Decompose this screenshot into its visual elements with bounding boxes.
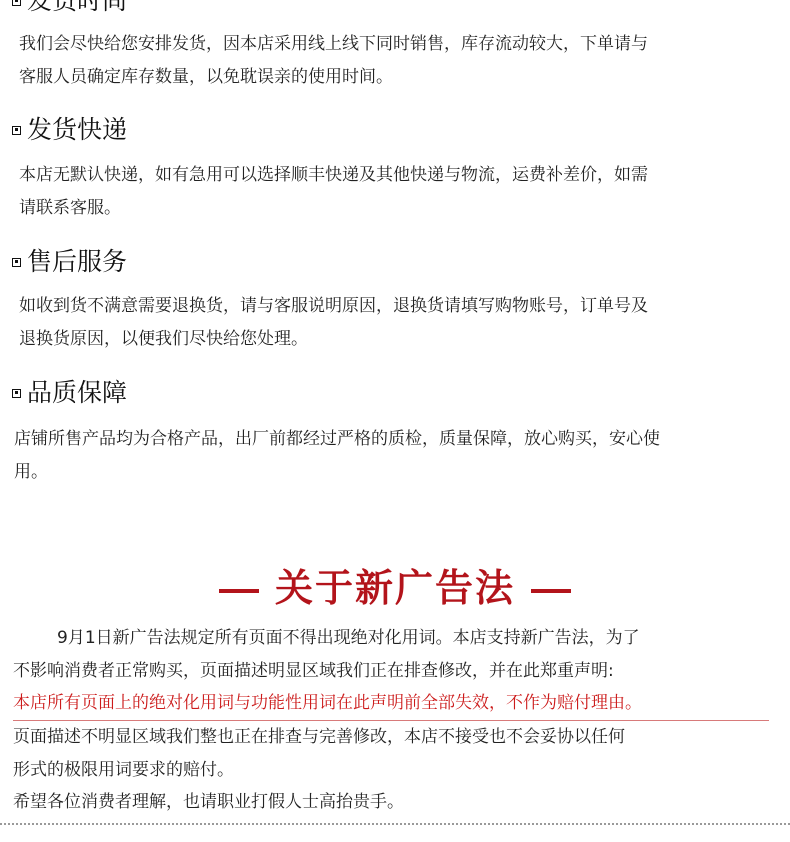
body-line: 如收到货不满意需要退换货，请与客服说明原因，退换货请填写购物账号，订单号及 [19,290,779,323]
ad-law-title-text: 关于新广告法 [275,566,515,610]
square-bullet-icon [12,389,21,398]
body-line: 我们会尽快给您安排发货，因本店采用线上线下同时销售，库存流动较大，下单请与 [19,28,779,61]
section-body-shipping-time: 我们会尽快给您安排发货，因本店采用线上线下同时销售，库存流动较大，下单请与 客服… [19,28,779,94]
body-line: 店铺所售产品均为合格产品，出厂前都经过严格的质检，质量保障，放心购买，安心使 [14,423,784,456]
section-body-after-sales: 如收到货不满意需要退换货，请与客服说明原因，退换货请填写购物账号，订单号及 退换… [19,290,779,356]
body-line: 用。 [14,456,784,489]
square-bullet-icon [12,258,21,267]
title-dash-left [219,589,259,593]
section-title-after-sales: 售后服务 [12,247,127,277]
body-line: 客服人员确定库存数量，以免耽误亲的使用时间。 [19,61,779,94]
section-body-quality: 店铺所售产品均为合格产品，出厂前都经过严格的质检，质量保障，放心购买，安心使 用… [14,423,784,489]
ad-law-line-2: 不影响消费者正常购买，页面描述明显区域我们正在排查修改，并在此郑重声明: [13,659,783,683]
ad-law-title: 关于新广告法 [0,564,790,612]
section-title-text: 发货快递 [27,115,127,145]
body-line: 退换货原因，以便我们尽快给您处理。 [19,323,779,356]
section-body-shipping-express: 本店无默认快递，如有急用可以选择顺丰快递及其他快递与物流，运费补差价，如需 请联… [19,159,779,225]
section-title-text: 发货时间 [27,0,127,16]
body-line: 本店无默认快递，如有急用可以选择顺丰快递及其他快递与物流，运费补差价，如需 [19,159,779,192]
section-title-shipping-express: 发货快递 [12,115,127,145]
title-dash-right [531,589,571,593]
ad-law-line-4: 页面描述不明显区域我们整也正在排查与完善修改，本店不接受也不会妥协以任何 [13,725,783,749]
square-bullet-icon [12,126,21,135]
red-divider [13,720,769,721]
ad-law-line-1: 9月1日新广告法规定所有页面不得出现绝对化用词。本店支持新广告法，为了 [13,626,790,650]
section-title-text: 品质保障 [27,378,127,408]
ad-law-line-5: 形式的极限用词要求的赔付。 [13,758,783,782]
dotted-divider [0,823,790,825]
section-title-text: 售后服务 [27,247,127,277]
section-title-quality: 品质保障 [12,378,127,408]
ad-law-statement-red: 本店所有页面上的绝对化用词与功能性用词在此声明前全部失效，不作为赔付理由。 [13,691,783,715]
section-title-shipping-time: 发货时间 [12,0,127,16]
body-line: 请联系客服。 [19,192,779,225]
ad-law-line-6: 希望各位消费者理解，也请职业打假人士高抬贵手。 [13,790,783,814]
square-bullet-icon [12,0,21,6]
